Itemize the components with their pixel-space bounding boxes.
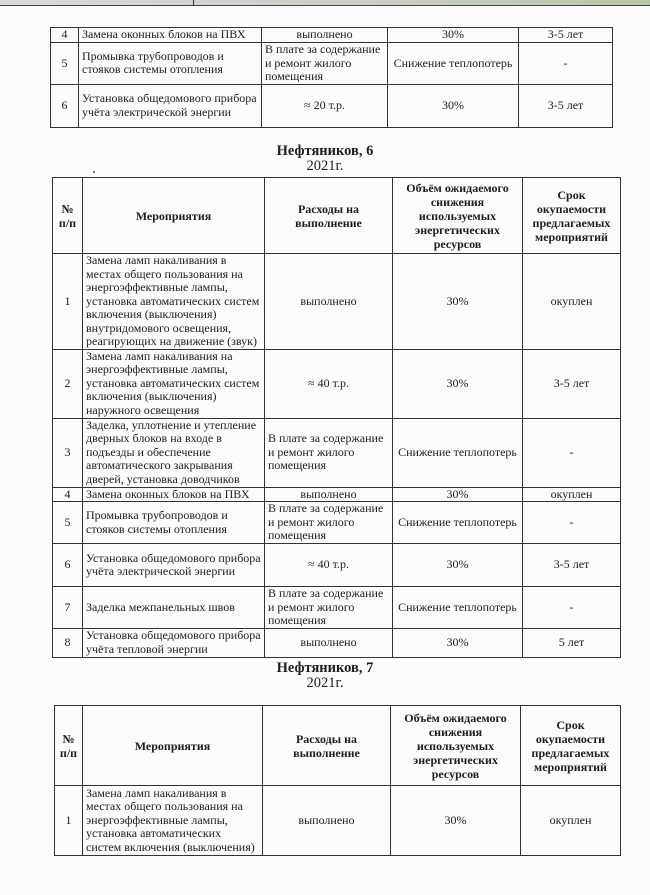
measures-table-neftyanikov-7: № п/п Мероприятия Расходы на выполнение … xyxy=(54,705,621,856)
measure-cell: Промывка трубопроводов и стояков системы… xyxy=(79,43,262,85)
measure-cell: Замена ламп накаливания в местах общего … xyxy=(83,254,265,350)
col-header-num: № п/п xyxy=(53,178,83,254)
payback-cell: - xyxy=(523,587,621,629)
cost-cell: В плате за содержание и ремонт жилого по… xyxy=(262,43,388,85)
cost-cell: выполнено xyxy=(265,487,393,502)
reduction-cell: 30% xyxy=(388,84,519,127)
table-row: 4Замена оконных блоков на ПВХвыполнено30… xyxy=(53,487,621,502)
table-row: 2Замена ламп накаливания на энергоэффект… xyxy=(53,349,621,418)
payback-cell: - xyxy=(519,43,613,85)
col-header-measure: Мероприятия xyxy=(83,706,263,786)
measure-cell: Установка общедомового прибора учёта теп… xyxy=(83,628,265,657)
row-number: 7 xyxy=(53,587,83,629)
col-header-reduction: Объём ожидаемого снижения используемых э… xyxy=(393,178,523,254)
row-number: 4 xyxy=(51,28,79,43)
building-address: Нефтяников, 7 xyxy=(0,660,650,676)
row-number: 6 xyxy=(51,84,79,127)
row-number: 1 xyxy=(53,254,83,350)
col-header-reduction: Объём ожидаемого снижения используемых э… xyxy=(391,706,521,786)
row-number: 6 xyxy=(53,544,83,587)
col-header-payback: Срок окупаемости предлагаемых мероприяти… xyxy=(521,706,621,786)
reduction-cell: 30% xyxy=(393,544,523,587)
row-number: 5 xyxy=(51,43,79,85)
measure-cell: Установка общедомового прибора учёта эле… xyxy=(79,84,262,127)
table-row: 5Промывка трубопроводов и стояков систем… xyxy=(53,502,621,544)
payback-cell: - xyxy=(523,502,621,544)
payback-cell: 3-5 лет xyxy=(523,544,621,587)
table-row: 6Установка общедомового прибора учёта эл… xyxy=(51,84,613,127)
table-header-row: № п/п Мероприятия Расходы на выполнение … xyxy=(53,178,621,254)
cost-cell: ≈ 20 т.р. xyxy=(262,84,388,127)
col-header-measure: Мероприятия xyxy=(83,178,265,254)
reduction-cell: 30% xyxy=(393,349,523,418)
col-header-num: № п/п xyxy=(55,706,83,786)
cost-cell: В плате за содержание и ремонт жилого по… xyxy=(265,418,393,487)
table-row: 6Установка общедомового прибора учёта эл… xyxy=(53,544,621,587)
reduction-cell: 30% xyxy=(393,628,523,657)
table-header-row: № п/п Мероприятия Расходы на выполнение … xyxy=(55,706,621,786)
col-header-payback: Срок окупаемости предлагаемых мероприяти… xyxy=(523,178,621,254)
cost-cell: ≈ 40 т.р. xyxy=(265,349,393,418)
measure-cell: Замена оконных блоков на ПВХ xyxy=(83,487,265,502)
payback-cell: 3-5 лет xyxy=(523,349,621,418)
measure-cell: Установка общедомового прибора учёта эле… xyxy=(83,544,265,587)
measure-cell: Заделка межпанельных швов xyxy=(83,587,265,629)
cost-cell: выполнено xyxy=(263,786,391,856)
measures-table-continued: 4Замена оконных блоков на ПВХвыполнено30… xyxy=(50,27,613,128)
payback-cell: 3-5 лет xyxy=(519,84,613,127)
cost-cell: В плате за содержание и ремонт жилого по… xyxy=(265,587,393,629)
row-number: 2 xyxy=(53,349,83,418)
building-address: Нефтяников, 6 xyxy=(0,143,650,159)
cost-cell: выполнено xyxy=(262,28,388,43)
reduction-cell: Снижение теплопотерь xyxy=(393,502,523,544)
payback-cell: окуплен xyxy=(521,786,621,856)
col-header-cost: Расходы на выполнение xyxy=(265,178,393,254)
table-row: 1Замена ламп накаливания в местах общего… xyxy=(53,254,621,350)
cost-cell: В плате за содержание и ремонт жилого по… xyxy=(265,502,393,544)
report-year: 2021г. xyxy=(0,159,650,174)
reduction-cell: 30% xyxy=(393,254,523,350)
measures-table-neftyanikov-6: № п/п Мероприятия Расходы на выполнение … xyxy=(52,177,621,658)
measure-cell: Заделка, уплотнение и утепление дверных … xyxy=(83,418,265,487)
cost-cell: выполнено xyxy=(265,628,393,657)
row-number: 8 xyxy=(53,628,83,657)
measure-cell: Замена оконных блоков на ПВХ xyxy=(79,28,262,43)
reduction-cell: 30% xyxy=(393,487,523,502)
reduction-cell: Снижение теплопотерь xyxy=(393,587,523,629)
table-row: 7Заделка межпанельных швовВ плате за сод… xyxy=(53,587,621,629)
table-row: 5Промывка трубопроводов и стояков систем… xyxy=(51,43,613,85)
table-row: 3Заделка, уплотнение и утепление дверных… xyxy=(53,418,621,487)
payback-cell: окуплен xyxy=(523,487,621,502)
row-number: 3 xyxy=(53,418,83,487)
payback-cell: - xyxy=(523,418,621,487)
cost-cell: ≈ 40 т.р. xyxy=(265,544,393,587)
reduction-cell: 30% xyxy=(388,28,519,43)
payback-cell: 5 лет xyxy=(523,628,621,657)
table-row: 1Замена ламп накаливания в местах общего… xyxy=(55,786,621,856)
previous-page-edge xyxy=(0,0,650,6)
row-number: 4 xyxy=(53,487,83,502)
reduction-cell: 30% xyxy=(391,786,521,856)
measure-cell: Промывка трубопроводов и стояков системы… xyxy=(83,502,265,544)
payback-cell: окуплен xyxy=(523,254,621,350)
measure-cell: Замена ламп накаливания в местах общего … xyxy=(83,786,263,856)
report-year: 2021г. xyxy=(0,676,650,691)
reduction-cell: Снижение теплопотерь xyxy=(388,43,519,85)
payback-cell: 3-5 лет xyxy=(519,28,613,43)
reduction-cell: Снижение теплопотерь xyxy=(393,418,523,487)
measure-cell: Замена ламп накаливания на энергоэффекти… xyxy=(83,349,265,418)
col-header-cost: Расходы на выполнение xyxy=(263,706,391,786)
section-heading-neftyanikov-6: Нефтяников, 6 2021г. xyxy=(0,143,650,174)
cost-cell: выполнено xyxy=(265,254,393,350)
section-heading-neftyanikov-7: Нефтяников, 7 2021г. xyxy=(0,660,650,691)
row-number: 1 xyxy=(55,786,83,856)
table-row: 8Установка общедомового прибора учёта те… xyxy=(53,628,621,657)
table-row: 4Замена оконных блоков на ПВХвыполнено30… xyxy=(51,28,613,43)
row-number: 5 xyxy=(53,502,83,544)
